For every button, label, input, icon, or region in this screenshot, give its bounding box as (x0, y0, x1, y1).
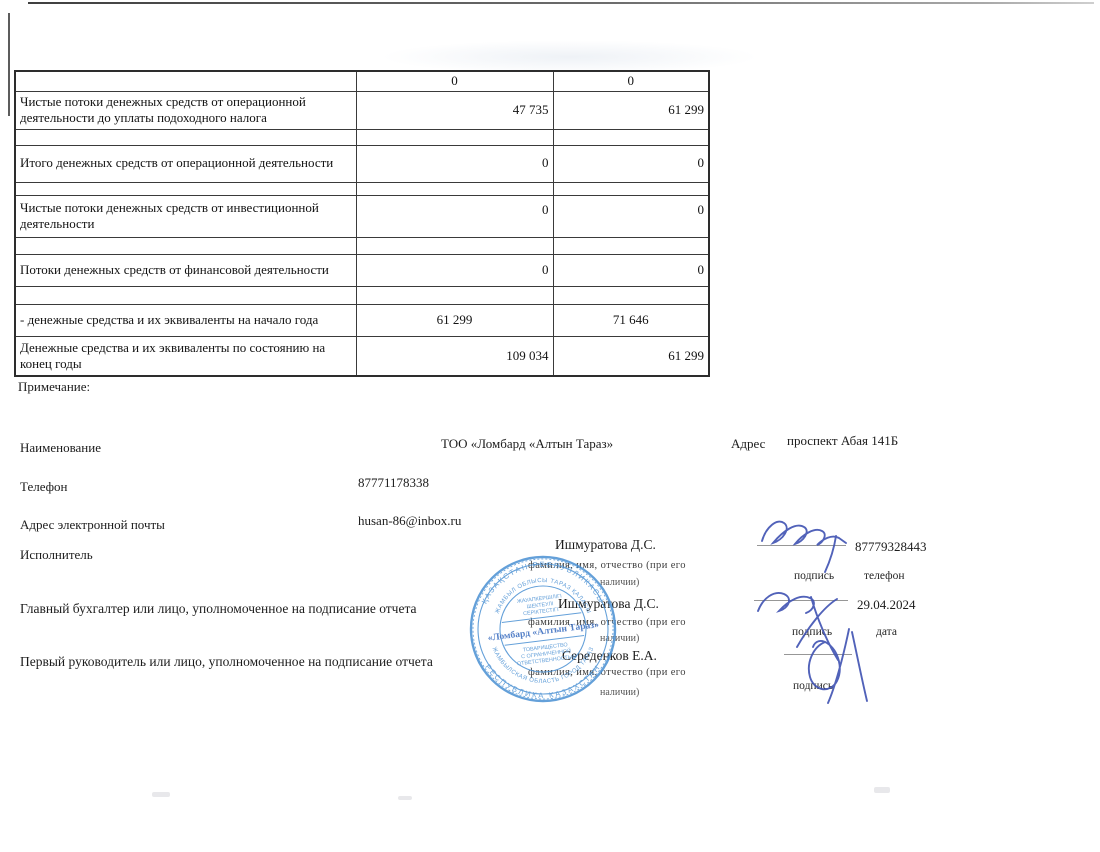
row-label: Итого денежных средств от операционной д… (15, 145, 356, 182)
email-label: Адрес электронной почты (20, 517, 165, 533)
signature-line (784, 654, 852, 655)
phone-caption: телефон (864, 570, 904, 582)
row-value (356, 129, 553, 145)
table-row-empty (15, 286, 709, 304)
table-row: Чистые потоки денежных средств от инвест… (15, 195, 709, 237)
executor-phone-value: 87779328443 (855, 539, 927, 555)
row-label (15, 129, 356, 145)
row-value: 61 299 (356, 304, 553, 336)
row-value: 61 299 (553, 336, 709, 376)
row-label: Чистые потоки денежных средств от операц… (15, 91, 356, 129)
address-value: проспект Абая 141Б (787, 433, 898, 449)
phone-label: Телефон (20, 479, 68, 495)
signer-role-chief-accountant: Главный бухгалтер или лицо, уполномоченн… (20, 601, 417, 617)
scan-edge-top (28, 2, 1094, 4)
row-value: 0 (356, 195, 553, 237)
phone-value: 87771178338 (358, 475, 429, 491)
row-value: 0 (356, 145, 553, 182)
row-value (356, 286, 553, 304)
row-label: Потоки денежных средств от финансовой де… (15, 254, 356, 286)
row-value: 47 735 (356, 91, 553, 129)
row-value (356, 182, 553, 195)
table-row-empty (15, 237, 709, 254)
signature-caption: подпись (793, 680, 833, 692)
table-row: Денежные средства и их эквиваленты по со… (15, 336, 709, 376)
table-row: Чистые потоки денежных средств от операц… (15, 91, 709, 129)
header-cell (15, 71, 356, 91)
table-row: Итого денежных средств от операционной д… (15, 145, 709, 182)
table-row: - денежные средства и их эквиваленты на … (15, 304, 709, 336)
scan-smudge (874, 787, 890, 793)
row-label: Денежные средства и их эквиваленты по со… (15, 336, 356, 376)
date-caption: дата (876, 626, 897, 638)
row-value (553, 286, 709, 304)
name-value: ТОО «Ломбард «Алтын Тараз» (441, 436, 613, 452)
row-value: 0 (553, 195, 709, 237)
note-label: Примечание: (18, 379, 90, 395)
row-value (356, 237, 553, 254)
row-value: 71 646 (553, 304, 709, 336)
row-value (553, 182, 709, 195)
document-page: 0 0 Чистые потоки денежных средств от оп… (0, 0, 1100, 852)
scan-smudge (152, 792, 170, 797)
name-label: Наименование (20, 440, 101, 456)
row-value: 0 (553, 254, 709, 286)
signature-caption: подпись (794, 570, 834, 582)
signer-name: Ишмуратова Д.С. (555, 537, 656, 553)
address-label: Адрес (731, 436, 765, 452)
row-value (553, 129, 709, 145)
email-value: husan-86@inbox.ru (358, 513, 461, 529)
row-value: 109 034 (356, 336, 553, 376)
scan-haze (380, 40, 760, 74)
signature-line (757, 545, 846, 546)
header-cell: 0 (553, 71, 709, 91)
signature-executor (762, 522, 846, 572)
signer-role-head: Первый руководитель или лицо, уполномоче… (20, 654, 433, 670)
row-label: Чистые потоки денежных средств от инвест… (15, 195, 356, 237)
scan-smudge (398, 796, 412, 800)
header-cell: 0 (356, 71, 553, 91)
row-value: 0 (356, 254, 553, 286)
row-value: 0 (553, 145, 709, 182)
table-row: Потоки денежных средств от финансовой де… (15, 254, 709, 286)
row-label (15, 237, 356, 254)
signature-line (754, 600, 848, 601)
table-header-row: 0 0 (15, 71, 709, 91)
scan-edge-left (8, 13, 10, 116)
table-row-empty (15, 182, 709, 195)
cash-flow-table: 0 0 Чистые потоки денежных средств от оп… (14, 70, 710, 377)
signer-role-executor: Исполнитель (20, 547, 93, 563)
company-stamp: ҚАЗАҚСТАН РЕСПУБЛИКАСЫ РЕСПУБЛИКА КАЗАХС… (467, 553, 619, 705)
row-value (553, 237, 709, 254)
row-label: - денежные средства и их эквиваленты на … (15, 304, 356, 336)
report-date-value: 29.04.2024 (857, 597, 916, 613)
table-row-empty (15, 129, 709, 145)
signature-caption: подпись (792, 626, 832, 638)
row-value: 61 299 (553, 91, 709, 129)
row-label (15, 286, 356, 304)
row-label (15, 182, 356, 195)
